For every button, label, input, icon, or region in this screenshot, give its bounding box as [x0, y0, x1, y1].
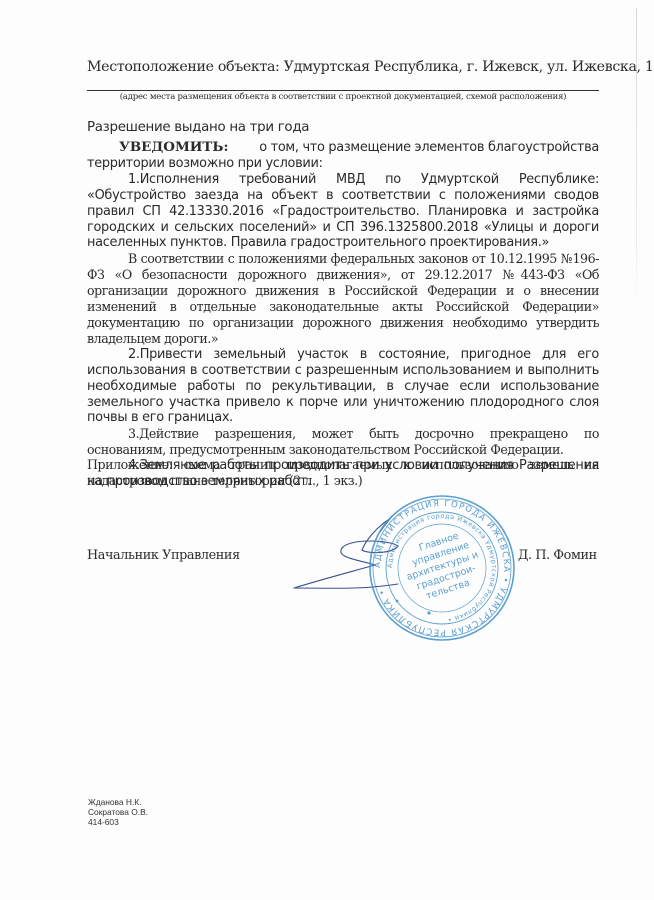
page-edge-line [636, 8, 637, 308]
executor-2: Сократова О.В. [88, 807, 148, 817]
condition-3: 3.Действие разрешения, может быть досроч… [87, 426, 599, 458]
executors-block: Жданова Н.К. Сократова О.В. 414-603 [88, 797, 148, 827]
signatory-name: Д. П. Фомин [518, 548, 597, 563]
location-caption: (адрес места размещения объекта в соотве… [87, 92, 599, 102]
official-stamp-icon: АДМИНИСТРАЦИЯ ГОРОДА ИЖЕВСКА • УДМУРТСКА… [367, 493, 517, 643]
condition-2: 2.Привести земельный участок в состояние… [87, 347, 599, 427]
location-underline [87, 90, 599, 91]
executor-1: Жданова Н.К. [88, 797, 148, 807]
condition-1: 1.Исполнения требований МВД по Удмуртско… [87, 172, 599, 252]
notify-lead: о том, что размещение элементов благоуст… [259, 140, 599, 156]
object-location: Местоположение объекта: Удмуртская Респу… [87, 59, 654, 75]
location-value: Удмуртская Республика, г. Ижевск, ул. Иж… [284, 59, 654, 75]
executor-phone: 414-603 [88, 817, 148, 827]
notification-body: УВЕДОМИТЬ: о том, что размещение элемент… [87, 140, 599, 490]
notify-header: УВЕДОМИТЬ: о том, что размещение элемент… [87, 140, 599, 156]
appendix-note: Приложение: схема границ предполагаемых … [87, 457, 599, 489]
location-label: Местоположение объекта: [87, 59, 280, 75]
notify-heading: УВЕДОМИТЬ: [119, 140, 228, 156]
permit-term: Разрешение выдано на три года [87, 120, 309, 135]
signatory-title: Начальник Управления [87, 548, 240, 563]
notify-lead-continued: территории возможно при условии: [87, 156, 599, 172]
condition-1-laws: В соответствии с положениями федеральных… [87, 251, 599, 346]
